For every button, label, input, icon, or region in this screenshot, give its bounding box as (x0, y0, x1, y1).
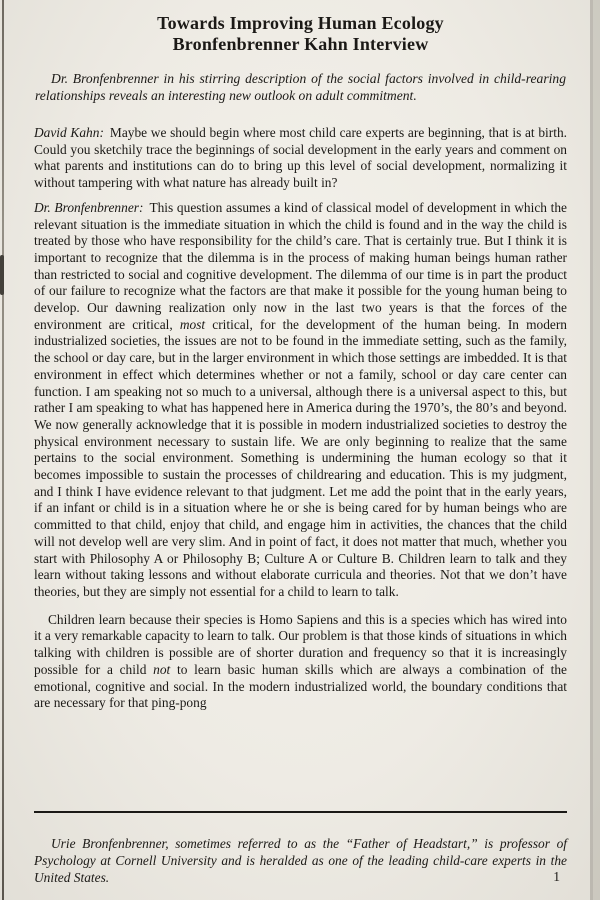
scan-edge-left-mark (0, 255, 4, 295)
paragraph-text: This question assumes a kind of classica… (34, 200, 567, 599)
page-number: 1 (553, 869, 560, 885)
scan-edge-right-shadow (593, 0, 600, 900)
page-title: Towards Improving Human Ecology Bronfenb… (34, 13, 567, 55)
author-footnote: Urie Bronfenbrenner, sometimes referred … (34, 835, 567, 886)
title-line-1: Towards Improving Human Ecology (157, 13, 444, 33)
interview-paragraph-bronfenbrenner: Dr. Bronfenbrenner:This question assumes… (34, 200, 567, 601)
speaker-label-kahn: David Kahn: (34, 125, 104, 140)
interview-paragraph-continued: Children learn because their species is … (34, 612, 567, 712)
speaker-label-bronfenbrenner: Dr. Bronfenbrenner: (34, 200, 143, 215)
intro-abstract: Dr. Bronfenbrenner in his stirring descr… (35, 71, 566, 104)
document-page: Towards Improving Human Ecology Bronfenb… (0, 0, 600, 900)
footnote-divider (34, 811, 567, 813)
interview-paragraph-kahn: David Kahn:Maybe we should begin where m… (34, 125, 567, 192)
paragraph-text: Maybe we should begin where most child c… (34, 125, 567, 190)
title-line-2: Bronfenbrenner Kahn Interview (173, 34, 429, 54)
paragraph-text: Children learn because their species is … (34, 612, 567, 711)
page-content: Towards Improving Human Ecology Bronfenb… (34, 0, 567, 712)
scan-edge-left-line (2, 0, 4, 900)
